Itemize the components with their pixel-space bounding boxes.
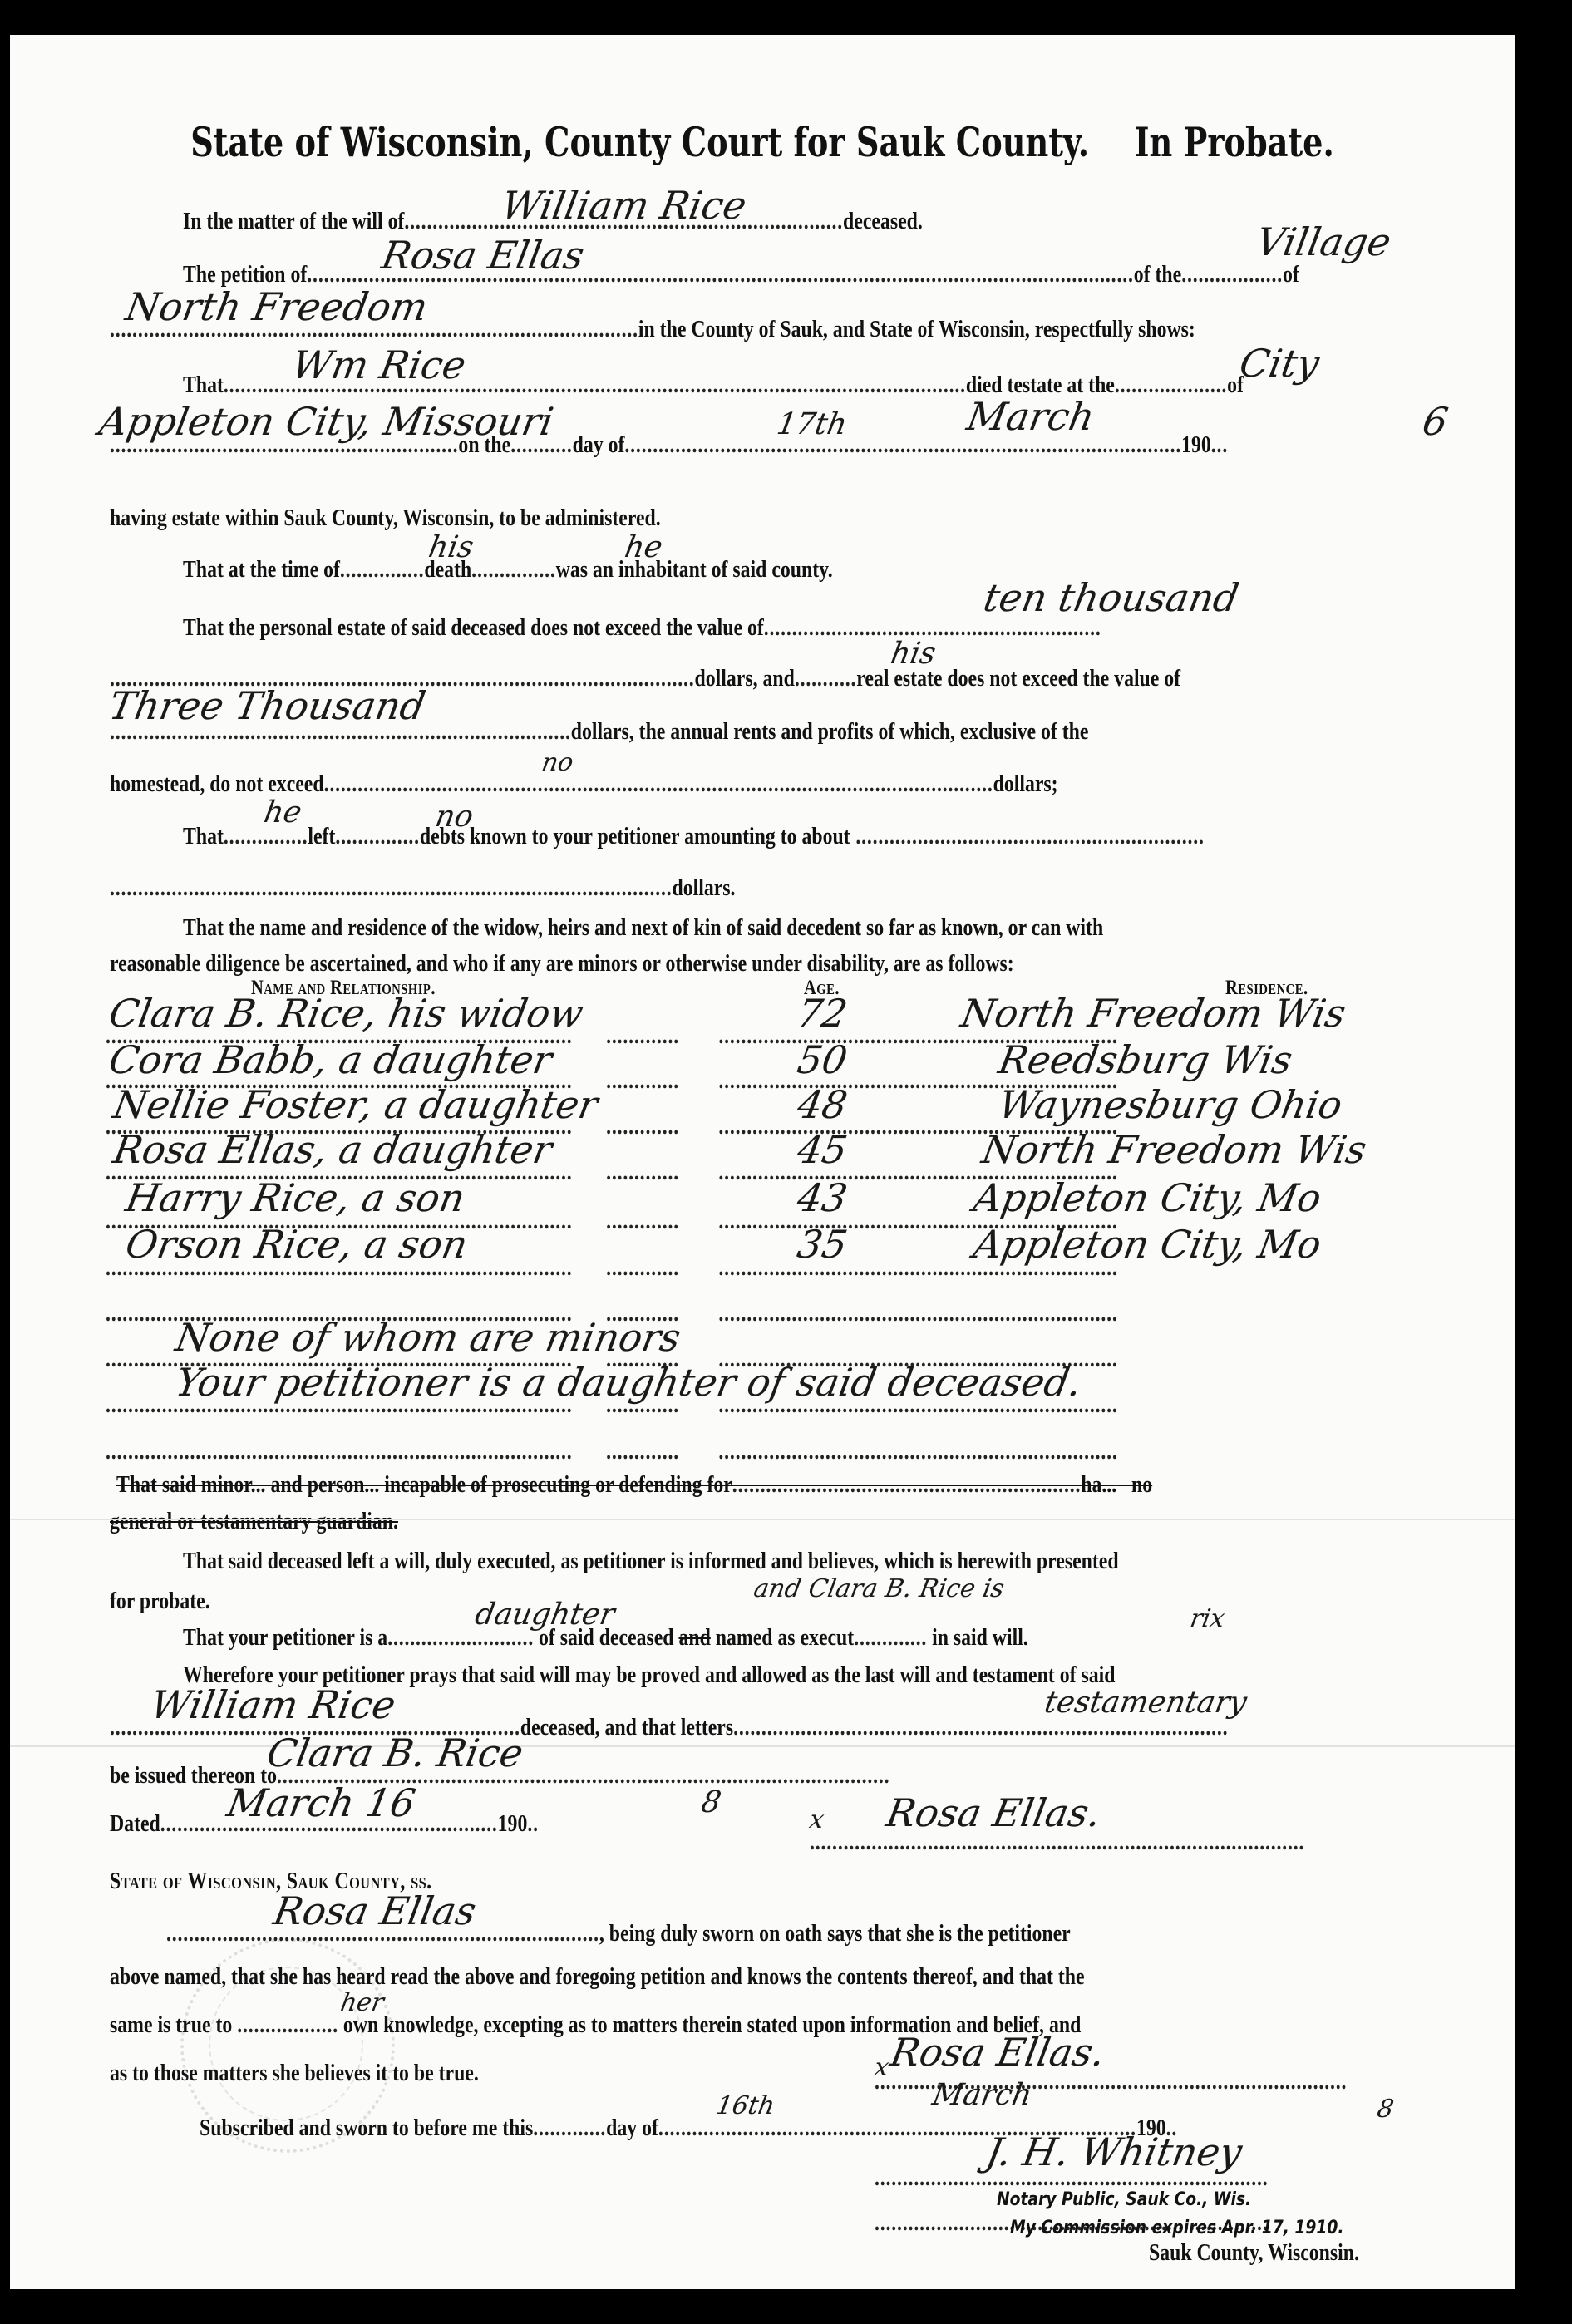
matter-label: In the matter of the will of <box>183 208 404 234</box>
jurat-day: 16th <box>714 2091 777 2120</box>
row-dots: ........................................… <box>106 1438 1118 1465</box>
petitioner-name: Rosa Ellas <box>378 233 588 278</box>
heir-name: Rosa Ellas, a daughter <box>110 1127 555 1172</box>
time-of-label: That at the time of <box>183 556 340 583</box>
letters-deceased-name: William Rice <box>147 1682 399 1727</box>
heirs-intro-2: reasonable diligence be ascertained, and… <box>110 950 1014 977</box>
of-the-label: of the <box>1134 261 1181 288</box>
heir-name: Harry Rice, a son <box>122 1175 468 1220</box>
heir-residence: North Freedom Wis <box>958 991 1349 1036</box>
notary-title: Notary Public, Sauk Co., Wis. <box>997 2189 1251 2210</box>
inhabitant-label: was an inhabitant of said county. <box>556 556 833 583</box>
oath-line-2: above named, that she has heard read the… <box>110 1963 1085 1991</box>
of-label: of <box>1283 261 1299 288</box>
notary-signature: J. H. Whitney <box>983 2130 1245 2174</box>
dollars-label: dollars; <box>993 771 1058 797</box>
deceased-label: deceased. <box>843 208 923 234</box>
dated-label: Dated <box>110 1810 160 1837</box>
heir-residence: Appleton City, Mo <box>970 1175 1324 1220</box>
that-label-2: That <box>183 823 224 849</box>
personal-estate-label: That the personal estate of said decease… <box>183 614 764 641</box>
minor-clause-ha: ha... <box>1081 1471 1116 1498</box>
heir-age: 45 <box>794 1127 850 1172</box>
jurat-label: Subscribed and sworn to before me this <box>200 2115 533 2141</box>
dated-date: March 16 <box>224 1780 419 1825</box>
left-label: left <box>308 823 335 849</box>
personal-estate-value: ten thousand <box>980 575 1242 620</box>
heirs-note-minors: None of whom are minors <box>172 1315 684 1360</box>
heir-age: 43 <box>794 1175 850 1220</box>
rents-label: dollars, the annual rents and profits of… <box>571 718 1089 745</box>
petitioner-signature: Rosa Ellas. <box>883 1790 1104 1835</box>
heir-residence: Reedsburg Wis <box>995 1037 1296 1082</box>
commission-expires: My Commission expires Apr. 17, 1910. <box>1010 2218 1344 2238</box>
named-label: named as execut <box>716 1624 854 1651</box>
struck-and: and <box>678 1624 710 1651</box>
dated-year-prefix: 190 <box>498 1810 528 1837</box>
heir-name: Nellie Foster, a daughter <box>110 1082 601 1127</box>
in-will-label: in said will. <box>932 1624 1028 1651</box>
debts-label: debts known to your petitioner amounting… <box>420 823 850 849</box>
death-day: 17th <box>774 407 850 441</box>
heirs-intro-1: That the name and residence of the widow… <box>183 914 1103 942</box>
death-name: Wm Rice <box>288 342 469 387</box>
minor-clause-text: That said minor... and person... incapab… <box>116 1471 732 1498</box>
that-label: That <box>183 372 224 398</box>
real-estate-pronoun: his <box>888 637 938 671</box>
death-place-type: City <box>1236 341 1323 386</box>
year-prefix: 190 <box>1181 431 1211 458</box>
oath-line-4: as to those matters she believes it to b… <box>110 2060 479 2087</box>
debts-dollars-line: ........................................… <box>110 874 735 902</box>
inhabitant-pronoun-his: his <box>426 530 476 564</box>
estate-line: having estate within Sauk County, Wiscon… <box>110 505 661 532</box>
minor-clause-2: general or testamentary guardian. <box>110 1508 398 1535</box>
heir-age: 72 <box>794 991 850 1036</box>
relation-label: That your petitioner is a <box>183 1624 387 1651</box>
deceased-name: William Rice <box>498 183 750 228</box>
oath-signature: Rosa Ellas. <box>887 2030 1108 2075</box>
heir-residence: Appleton City, Mo <box>970 1222 1324 1267</box>
will-clause: That said deceased left a will, duly exe… <box>183 1548 1119 1575</box>
day-of-label: day of <box>573 431 625 458</box>
dollars-and-label: dollars, and <box>695 665 795 692</box>
homestead-label: homestead, do not exceed <box>110 771 324 797</box>
real-estate-value: Three Thousand <box>106 683 429 728</box>
place-name: North Freedom <box>122 284 431 329</box>
oath-text-1: , being duly sworn on oath says that she… <box>599 1920 1071 1947</box>
heir-name: Cora Babb, a daughter <box>106 1037 555 1082</box>
paper-fold <box>10 1745 1515 1747</box>
inhabitant-line: That at the time of...............death.… <box>183 556 833 583</box>
debts-pronoun: he <box>261 795 304 830</box>
probate-petition-page: State of Wisconsin, County Court for Sau… <box>10 35 1515 2289</box>
debts-dollars-label: dollars. <box>673 874 736 901</box>
heir-name: Orson Rice, a son <box>122 1222 471 1267</box>
personal-estate-line: That the personal estate of said decease… <box>183 614 1101 642</box>
executrix-suffix: rix <box>1188 1604 1227 1633</box>
heirs-note-petitioner: Your petitioner is a daughter of said de… <box>172 1360 1085 1405</box>
oath-pronoun: her <box>338 1988 387 2017</box>
heir-name: Clara B. Rice, his widow <box>106 991 587 1036</box>
heir-age: 35 <box>794 1222 850 1267</box>
title-court: State of Wisconsin, County Court for Sau… <box>190 118 1089 166</box>
minor-clause: That said minor... and person... incapab… <box>116 1471 1152 1499</box>
jurat-day-of-label: day of <box>606 2115 658 2141</box>
document-title: State of Wisconsin, County Court for Sau… <box>175 118 1349 166</box>
notary-county: Sauk County, Wisconsin. <box>1149 2239 1359 2267</box>
will-clause-2: for probate. <box>110 1588 210 1615</box>
letters-type: testamentary <box>1042 1686 1249 1720</box>
heir-residence: Waynesburg Ohio <box>995 1082 1346 1127</box>
paper-fold <box>10 1519 1515 1520</box>
relation-value: daughter <box>472 1598 617 1632</box>
place-type: Village <box>1253 219 1394 264</box>
issued-to: Clara B. Rice <box>264 1731 526 1775</box>
minor-clause-no: no <box>1131 1471 1152 1498</box>
county-label: in the County of Sauk, and State of Wisc… <box>638 316 1195 342</box>
jurat-month: March <box>929 2078 1034 2112</box>
affiant-name: Rosa Ellas <box>270 1888 480 1933</box>
inhabitant-pronoun-he: he <box>622 530 665 564</box>
death-place: Appleton City, Missouri <box>96 399 557 444</box>
heir-age: 50 <box>794 1037 850 1082</box>
heir-residence: North Freedom Wis <box>978 1127 1370 1172</box>
letters-label: deceased, and that letters <box>520 1714 733 1741</box>
dated-year-suffix: 8 <box>698 1785 723 1819</box>
heir-age: 48 <box>794 1082 850 1127</box>
debts-line: That...............left...............de… <box>183 823 1205 850</box>
jurat-year-suffix: 8 <box>1375 2095 1396 2124</box>
homestead-line: homestead, do not exceed................… <box>110 771 1058 798</box>
inserted-note: and Clara B. Rice is <box>752 1574 1007 1603</box>
death-month: March <box>963 394 1097 439</box>
title-in-probate: In Probate. <box>1135 118 1334 166</box>
same-true-label: same is true to <box>110 2011 232 2038</box>
debts-value: no <box>432 800 476 834</box>
homestead-value: no <box>540 748 576 777</box>
death-year-suffix: 6 <box>1419 399 1451 444</box>
